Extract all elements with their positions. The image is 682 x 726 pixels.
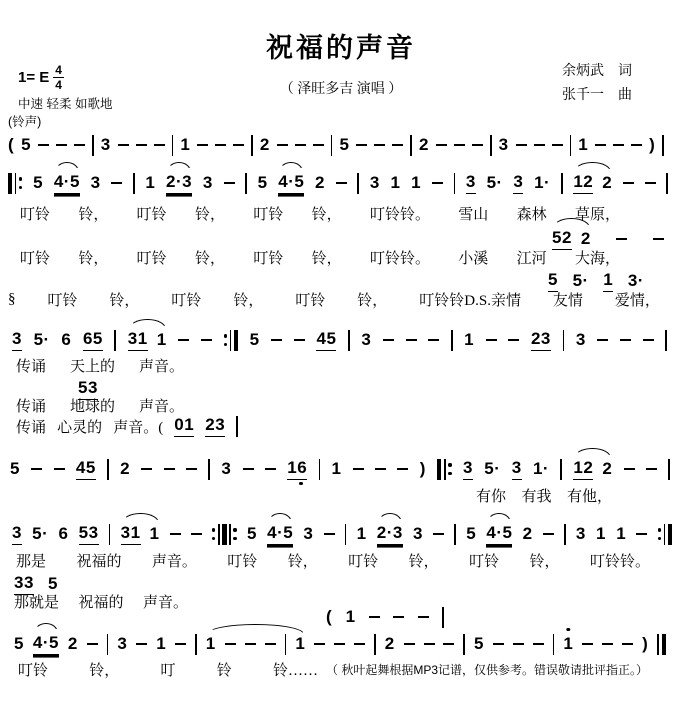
duration-dash — [653, 238, 664, 241]
note: 1 — [411, 173, 421, 193]
lyrics-chorus-1a: 传诵天上的声音。 — [16, 355, 184, 375]
lyric-segment: § — [8, 291, 16, 308]
note: 5 — [33, 173, 43, 193]
lyricist-credit: 余炳武 词 — [562, 60, 632, 80]
lyric-segment: 江河 — [517, 247, 547, 268]
duration-dash — [118, 144, 129, 147]
note: 3 — [413, 524, 423, 544]
duration-dash — [225, 643, 236, 646]
note: 45 — [76, 458, 96, 481]
note: 3 — [221, 459, 231, 479]
lyric-segment: 铃， — [312, 247, 342, 268]
duration-dash — [472, 144, 483, 147]
barline-single — [92, 135, 94, 156]
note: 5 — [247, 524, 257, 544]
note: 1 — [596, 524, 606, 544]
note: 1 — [156, 634, 166, 654]
duration-dash — [245, 643, 256, 646]
lyric-segment: 祝福的 — [78, 591, 123, 612]
chorus-line-3: 35·65331154·5312·3354·52311 — [12, 521, 672, 547]
barline-stroke — [666, 173, 668, 194]
barline-single — [553, 634, 555, 655]
duration-dash — [595, 144, 606, 147]
lyric-segment: 叮铃 — [18, 659, 48, 680]
note: 1 — [295, 634, 305, 654]
lyric-segment: 叮铃 — [227, 550, 257, 571]
parenthesis: ( — [326, 607, 332, 627]
lyric-segment: 有他， — [567, 485, 612, 506]
barline-single — [348, 330, 350, 351]
duration-dash — [602, 643, 613, 646]
lyric-segment: 地球的 — [70, 395, 115, 416]
transcriber-note: （ 秋叶起舞根据MP3记谱，仅供参考。错误敬请批评指正。） — [326, 661, 648, 678]
barline-single — [454, 524, 456, 545]
duration-dash — [54, 468, 65, 471]
duration-dash — [486, 339, 497, 342]
tie-group: 2·3 — [166, 172, 192, 195]
lyric-segment: 叮铃 — [20, 247, 50, 268]
duration-dash — [424, 643, 435, 646]
repeat-dot — [233, 528, 236, 531]
lyric-segment: 那就是 — [14, 591, 59, 612]
duration-dash — [38, 144, 49, 147]
tie-group: 122 — [573, 458, 612, 481]
note: 2·3 — [166, 172, 192, 195]
duration-dash — [543, 533, 554, 536]
barline-stroke — [208, 459, 210, 480]
lyric-segment: 铃， — [288, 550, 318, 571]
duration-dash — [397, 468, 408, 471]
lyric-segment: 铃 — [217, 659, 232, 680]
duration-dash — [597, 339, 608, 342]
repeat-dot — [224, 334, 227, 337]
barline-stroke — [245, 173, 247, 194]
note: 5 — [250, 330, 260, 350]
note: 5 — [339, 135, 349, 155]
duration-dash — [622, 643, 633, 646]
lyric-segment: 天上的 — [70, 355, 115, 376]
coda-line: 54·523111251) — [14, 631, 666, 657]
note: 23 — [531, 329, 551, 352]
duration-dash — [191, 533, 202, 536]
tie-group: 4·5 — [267, 523, 293, 546]
lyric-segment: 铃， — [312, 203, 342, 224]
note: 5 — [466, 524, 476, 544]
lyric-segment: 大海， — [575, 247, 620, 268]
lyric-segment: 叮铃 — [171, 289, 201, 310]
tie-group: 4·5 — [54, 172, 80, 195]
note: 1 — [346, 607, 356, 627]
barline-stroke — [463, 634, 465, 655]
note: 01 — [174, 415, 194, 438]
duration-dash — [197, 144, 208, 147]
note: 3 — [12, 523, 22, 546]
barline-stroke — [454, 524, 456, 545]
barline-stroke — [331, 135, 333, 156]
lyric-segment: 叮铃 — [469, 550, 499, 571]
barline-stroke — [451, 330, 453, 351]
barline-re — [224, 330, 238, 351]
note: 6 — [61, 330, 71, 350]
barline-single — [454, 173, 456, 194]
duration-dash — [215, 144, 226, 147]
barline-single — [357, 173, 359, 194]
duration-dash — [406, 339, 417, 342]
duration-dash — [201, 339, 212, 342]
note: 1 — [563, 634, 573, 654]
note: 4·5 — [486, 523, 512, 546]
barline-stroke — [285, 634, 287, 655]
key-label: 1= E — [18, 69, 49, 86]
note: 3 — [513, 172, 523, 195]
lyric-segment: 叮铃 — [295, 289, 325, 310]
lyric-segment: 铃， — [357, 289, 387, 310]
barline-re — [658, 524, 672, 545]
duration-dash — [374, 144, 385, 147]
duration-dash — [356, 144, 367, 147]
lyric-segment: 叮铃 — [348, 550, 378, 571]
duration-dash — [493, 643, 504, 646]
lyric-segment: 有我 — [521, 485, 551, 506]
note: 2 — [602, 173, 612, 193]
barline-single — [662, 135, 664, 156]
note: 3 — [576, 330, 586, 350]
lyrics-verse-2: 叮铃铃，叮铃铃，叮铃铃，叮铃铃。小溪江河大海， — [20, 247, 620, 267]
barline-single — [133, 173, 135, 194]
note: 3 — [499, 135, 509, 155]
barline-single — [442, 607, 444, 628]
lyric-segment: 叮铃 — [253, 247, 283, 268]
barline-stroke — [490, 135, 492, 156]
note: 3 — [463, 458, 473, 481]
tie-group: 4·5 — [278, 172, 304, 195]
lyric-segment: 铃， — [233, 289, 263, 310]
note: 5· — [34, 330, 50, 350]
lyric-segment: 叮铃 — [253, 203, 283, 224]
barline-single — [560, 459, 562, 480]
lyrics-chorus-1c: 传诵心灵的声音。(0123 — [16, 416, 238, 436]
duration-dash — [265, 468, 276, 471]
lyric-segment: 叮铃 — [137, 247, 167, 268]
parenthesis: ) — [642, 634, 648, 654]
barline-stroke — [665, 330, 667, 351]
note: 5· — [484, 459, 500, 479]
note: 12 — [573, 458, 593, 481]
duration-dash — [646, 468, 657, 471]
duration-dash — [224, 182, 235, 185]
repeat-dot — [19, 177, 22, 180]
duration-dash — [443, 643, 454, 646]
note: 1· — [534, 173, 550, 193]
duration-dash — [243, 468, 254, 471]
barline-stroke — [454, 173, 456, 194]
duration-dash — [533, 643, 544, 646]
duration-dash — [433, 533, 444, 536]
barline-stroke — [92, 135, 94, 156]
barline-stroke — [570, 135, 572, 156]
barline-stroke — [668, 459, 670, 480]
repeat-dot — [19, 186, 22, 189]
duration-dash — [552, 144, 563, 147]
repeat-dot — [233, 537, 236, 540]
lyric-segment: 叮铃铃。 — [370, 203, 430, 224]
meter-denominator: 4 — [55, 78, 62, 91]
tie-group: 2·3 — [377, 523, 403, 546]
duration-dash — [436, 144, 447, 147]
note: 4·5 — [267, 523, 293, 546]
tie-group: 311 — [121, 523, 160, 546]
barline-single — [561, 173, 563, 194]
note: 53 — [79, 523, 99, 546]
barline-stroke — [374, 634, 376, 655]
lyric-segment: 铃， — [78, 247, 108, 268]
barline-single — [114, 330, 116, 351]
barline-single — [374, 634, 376, 655]
barline-single — [195, 634, 197, 655]
note: 3 — [117, 634, 127, 654]
duration-dash — [277, 144, 288, 147]
barline-stroke — [234, 330, 238, 351]
note: 3 — [512, 458, 522, 481]
note: 31 — [128, 329, 148, 352]
duration-dash — [271, 339, 282, 342]
duration-dash — [624, 468, 635, 471]
note: 2 — [523, 524, 533, 544]
barline-single — [570, 135, 572, 156]
note: 12 — [573, 172, 593, 195]
duration-dash — [324, 533, 335, 536]
note: 3 — [203, 173, 213, 193]
lyric-segment: 声音。 — [152, 550, 197, 571]
note: 2 — [419, 135, 429, 155]
barline-stroke — [345, 524, 347, 545]
tie-group: 311 — [128, 329, 167, 352]
barline-stroke — [664, 524, 666, 545]
note: 3 — [576, 524, 586, 544]
composer-credit: 张千一 曲 — [562, 84, 632, 104]
barline-single — [109, 524, 111, 545]
lyric-segment: 铃， — [530, 550, 560, 571]
barline-stroke — [109, 524, 111, 545]
lyric-segment: 心灵的 — [57, 416, 102, 437]
note: 65 — [83, 329, 103, 352]
note: 4·5 — [33, 633, 59, 656]
repeat-dots — [658, 528, 661, 540]
duration-dash — [613, 144, 624, 147]
cue-marking: (铃声) — [8, 112, 41, 130]
duration-dash — [418, 616, 429, 619]
barline-stroke — [442, 607, 444, 628]
duration-dash — [265, 643, 276, 646]
lyric-segment: 雪山 — [458, 203, 488, 224]
lyric-segment: 祝福的 — [76, 550, 121, 571]
tie-group: 11 — [206, 634, 306, 655]
repeat-dots — [233, 528, 236, 540]
repeat-dot — [224, 343, 227, 346]
note: 3 — [12, 329, 22, 352]
note: 5 — [474, 634, 484, 654]
duration-dash — [369, 616, 380, 619]
note: 3 — [101, 135, 111, 155]
time-signature: 4 4 — [53, 64, 64, 91]
lyrics-verse-3: §叮铃铃，叮铃铃，叮铃铃，叮铃铃D.S.亲情友情爱情， — [8, 289, 660, 309]
barline-stroke — [107, 459, 109, 480]
note: 4·5 — [278, 172, 304, 195]
repeat-dots — [212, 528, 215, 540]
lyrics-chorus-3b: 那就是祝福的声音。 — [14, 591, 188, 611]
chorus-line-1: 35·66531154531233 — [12, 327, 667, 353]
duration-dash — [375, 468, 386, 471]
note: 45 — [316, 329, 336, 352]
duration-dash — [432, 182, 443, 185]
barline-stroke — [348, 330, 350, 351]
lyric-segment: 叮铃 — [47, 289, 77, 310]
duration-dash — [428, 339, 439, 342]
duration-dash — [111, 182, 122, 185]
duration-dash — [175, 643, 186, 646]
repeat-dot — [448, 463, 451, 466]
lyric-segment: 那是 — [16, 550, 46, 571]
lyric-segment: 叮铃 — [137, 203, 167, 224]
barline-single — [285, 634, 287, 655]
barline-stroke — [444, 459, 446, 480]
duration-dash — [534, 144, 545, 147]
barline-single — [107, 459, 109, 480]
duration-dash — [392, 144, 403, 147]
repeat-dot — [448, 472, 451, 475]
duration-dash — [186, 468, 197, 471]
note: 1 — [357, 524, 367, 544]
note: 2 — [260, 135, 270, 155]
repeat-dots — [224, 334, 227, 346]
duration-dash — [513, 643, 524, 646]
note: 3 — [370, 173, 380, 193]
barline-stroke — [107, 634, 109, 655]
lyric-segment: 叮铃铃。 — [370, 247, 430, 268]
note: 1 — [390, 173, 400, 193]
note: 2 — [315, 173, 325, 193]
note: 1 — [578, 135, 588, 155]
barline-stroke — [560, 459, 562, 480]
barline-single — [331, 135, 333, 156]
barline-stroke — [133, 173, 135, 194]
barline-stroke — [564, 524, 566, 545]
barline-stroke — [8, 173, 12, 194]
parenthesis: ) — [649, 135, 655, 155]
duration-dash — [334, 643, 345, 646]
duration-dash — [87, 643, 98, 646]
barline-stroke — [437, 459, 441, 480]
key-signature: 1= E 4 4 — [18, 64, 64, 91]
duration-dash — [393, 616, 404, 619]
barline-stroke — [561, 173, 563, 194]
barline-stroke — [172, 135, 174, 156]
duration-dash — [74, 144, 85, 147]
lyrics-chorus-2: 有你有我有他， — [476, 485, 612, 505]
note: 2 — [68, 634, 78, 654]
barline-single — [107, 634, 109, 655]
lyric-segment: 爱情， — [615, 289, 660, 310]
lyric-segment: 森林 — [517, 203, 547, 224]
lyric-segment: 叮 — [160, 659, 175, 680]
duration-dash — [620, 339, 631, 342]
note: 2·3 — [377, 523, 403, 546]
tie-group: 122 — [573, 172, 612, 195]
lyric-segment: 铃， — [78, 203, 108, 224]
duration-dash — [294, 339, 305, 342]
lyric-segment: 铃， — [109, 289, 139, 310]
barline-stroke — [236, 416, 238, 437]
barline-stroke — [357, 173, 359, 194]
parenthesis: ) — [420, 459, 426, 479]
note: 1 — [150, 524, 160, 544]
lyric-segment: 叮铃 — [20, 203, 50, 224]
note: 1 — [616, 524, 626, 544]
note: 23 — [205, 415, 225, 438]
barline-single — [251, 135, 253, 156]
lyrics-chorus-1b: 传诵地球的声音。 — [16, 395, 184, 415]
lyric-segment: 友情 — [553, 289, 583, 310]
duration-dash — [643, 339, 654, 342]
duration-dash — [623, 182, 634, 185]
note: 5 — [14, 634, 24, 654]
duration-dash — [31, 468, 42, 471]
lyric-segment: 传诵 — [16, 395, 46, 416]
duration-dash — [233, 144, 244, 147]
barline-stroke — [662, 135, 664, 156]
barline-single — [451, 330, 453, 351]
lyric-segment: 铃， — [195, 203, 225, 224]
duration-dash — [353, 468, 364, 471]
note: 2 — [602, 459, 612, 479]
repeat-dot — [658, 528, 661, 531]
note: 1 — [180, 135, 190, 155]
duration-dash — [136, 643, 147, 646]
barline-single — [668, 459, 670, 480]
duration-dash — [404, 643, 415, 646]
barline-stroke — [230, 330, 232, 351]
barline-stroke — [657, 634, 659, 655]
barline-stroke — [662, 634, 666, 655]
barline-stroke — [15, 173, 17, 194]
barline-single — [236, 416, 238, 437]
barline-stroke — [114, 330, 116, 351]
lyric-segment: 声音。 — [139, 355, 184, 376]
intro-line: (53125231) — [8, 132, 664, 158]
note: 2 — [120, 459, 130, 479]
repeat-dot — [212, 528, 215, 531]
duration-dash — [141, 468, 152, 471]
duration-dash — [636, 533, 647, 536]
repeat-dot — [212, 537, 215, 540]
meter-numerator: 4 — [53, 64, 64, 78]
duration-dash — [336, 182, 347, 185]
note: 1 — [464, 330, 474, 350]
note: 5 — [21, 135, 31, 155]
barline-rs — [437, 459, 451, 480]
note: 1 — [206, 634, 216, 654]
lyric-segment: 叮铃铃。 — [590, 550, 650, 571]
barline-stroke — [410, 135, 412, 156]
repeat-dots — [19, 177, 22, 189]
lyric-segment: 声音。( — [113, 416, 163, 437]
duration-dash — [616, 238, 627, 241]
note: 1 — [157, 330, 167, 350]
lyric-segment: 叮铃铃D.S.亲情 — [419, 289, 521, 310]
note: 3 — [466, 172, 476, 195]
lyrics-chorus-3: 那是祝福的声音。叮铃铃，叮铃铃，叮铃铃，叮铃铃。 — [16, 550, 650, 570]
duration-dash — [154, 144, 165, 147]
